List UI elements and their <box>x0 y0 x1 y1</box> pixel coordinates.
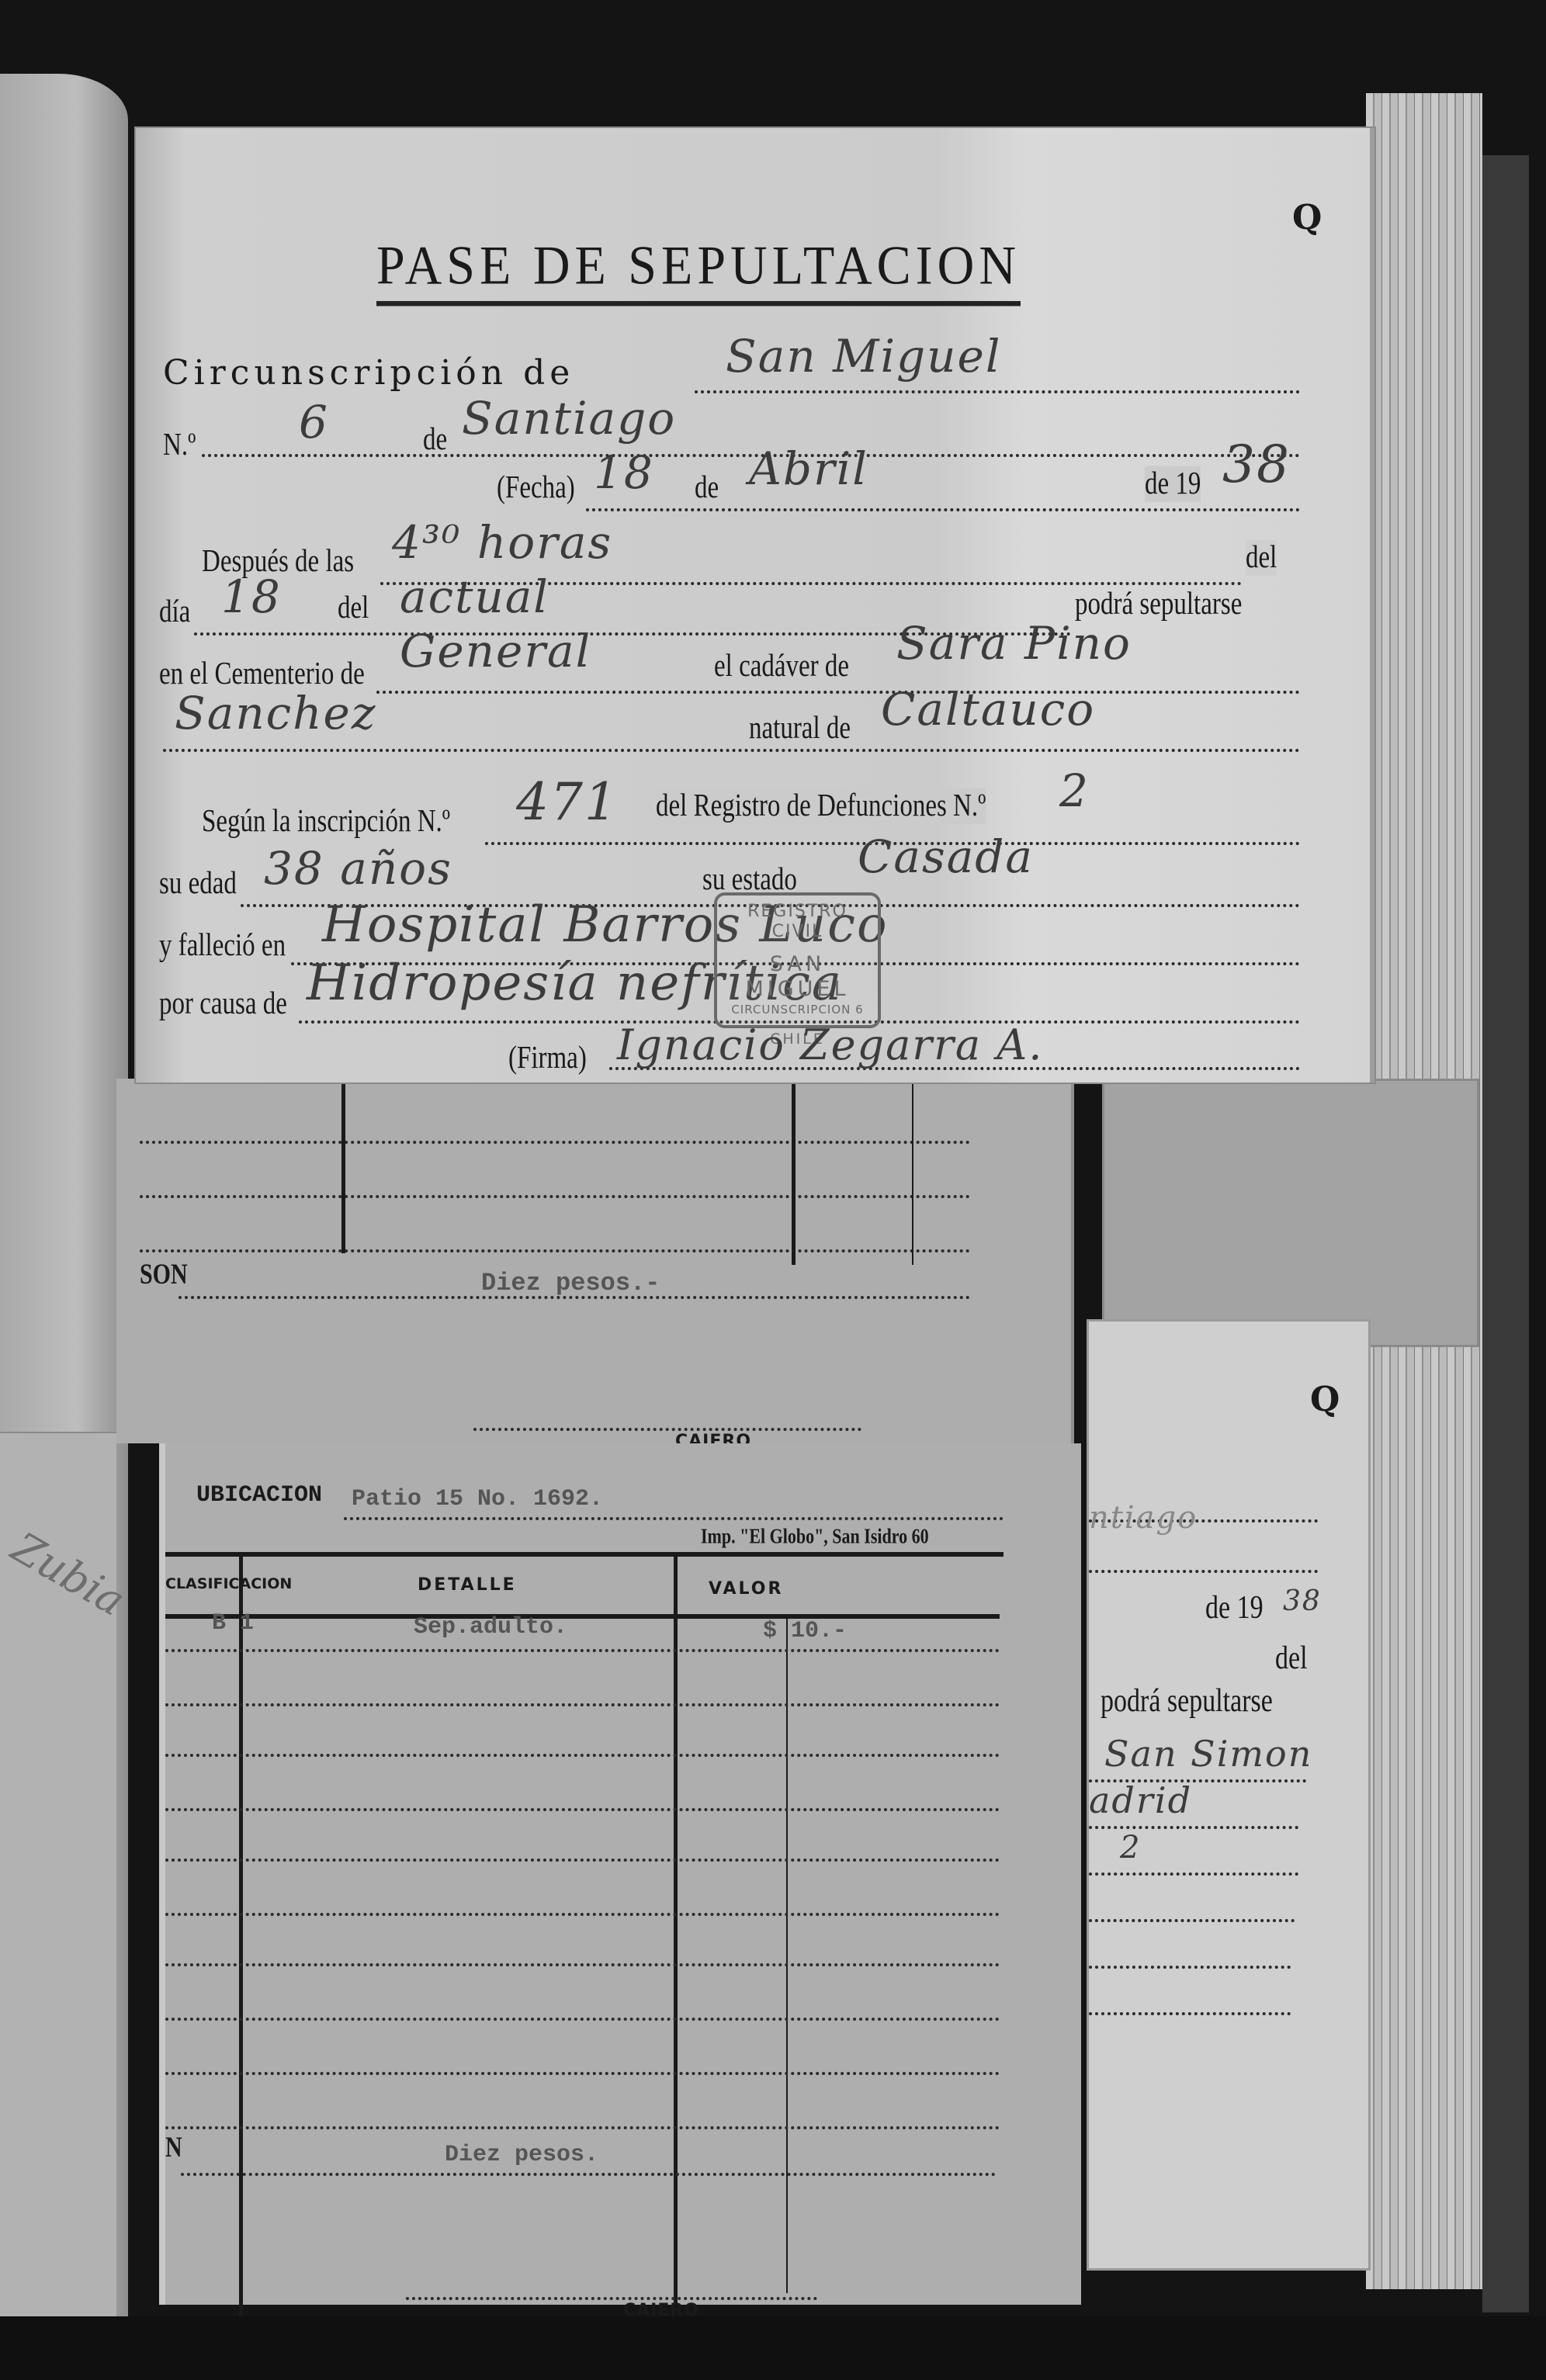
inscripcion-value: 471 <box>516 772 619 832</box>
receipt-upper-col-1 <box>341 1079 345 1253</box>
stamp-line-1: REGISTRO CIVIL <box>722 902 873 943</box>
anio-label: de 19 <box>1145 466 1201 502</box>
back-card <box>1102 1079 1479 1347</box>
col-header-detalle: DETALLE <box>418 1575 517 1595</box>
table-surface <box>0 2316 1546 2380</box>
fecha-dia-value: 18 <box>594 446 654 499</box>
table-row-line-9 <box>165 2072 1000 2075</box>
despues-value: 4³⁰ horas <box>392 516 612 569</box>
table-row-line-1 <box>165 1649 1000 1652</box>
table-row-line-7 <box>165 1963 1000 1966</box>
circunscripcion-line <box>695 390 1300 393</box>
right-line-4 <box>1089 1826 1298 1829</box>
inscripcion-label: Según la inscripción N.º <box>202 804 450 840</box>
despues-del-label: del <box>1246 540 1277 576</box>
right-natural-value: adrid <box>1089 1779 1192 1821</box>
right-line-2 <box>1089 1570 1318 1573</box>
right-santiago-value: ntiago <box>1089 1500 1198 1536</box>
table-row-line-10 <box>165 2126 1000 2129</box>
book-cover-edge <box>1482 155 1529 2312</box>
circunscripcion-value: San Miguel <box>726 330 1001 383</box>
natural-value: Caltauco <box>881 683 1095 736</box>
apellido-value: Sanchez <box>175 687 376 740</box>
receipt-lower-son-value: Diez pesos. <box>445 2142 598 2168</box>
cadaver-value: Sara Pino <box>896 617 1132 670</box>
printer-imprint: Imp. "El Globo", San Isidro 60 <box>701 1524 929 1550</box>
numero-de-label: de <box>423 422 447 458</box>
table-col-1-line <box>239 1552 243 2320</box>
corner-letter: Q <box>1292 198 1322 237</box>
numero-value: 6 <box>299 396 329 449</box>
receipt-upper-cajero-line <box>473 1428 861 1431</box>
stamp-line-2: SAN MIGUEL <box>722 952 873 1003</box>
fecha-line <box>586 508 1300 511</box>
ubicacion-line <box>344 1517 1004 1520</box>
row-1-detalle: Sep.adulto. <box>414 1614 567 1640</box>
receipt-upper: SON Diez pesos.- CAJERO <box>116 1079 1074 1443</box>
receipt-upper-row-2 <box>140 1195 970 1198</box>
causa-label: por causa de <box>159 986 287 1022</box>
table-row-line-6 <box>165 1913 1000 1916</box>
right-line-7 <box>1089 1966 1291 1969</box>
right-del-label: del <box>1275 1640 1308 1678</box>
edad-label: su edad <box>159 866 237 902</box>
table-row-line-2 <box>165 1703 1000 1706</box>
dia-value: 18 <box>221 570 282 623</box>
table-row-line-4 <box>165 1808 1000 1811</box>
numero-label: N.º <box>163 428 196 463</box>
fallecio-label: y falleció en <box>159 928 286 964</box>
right-line-5 <box>1089 1872 1298 1876</box>
receipt-upper-row-3 <box>140 1249 970 1252</box>
receipt-lower-son-line <box>181 2173 996 2176</box>
table-row-line-3 <box>165 1754 1000 1757</box>
right-podra-label: podrá sepultarse <box>1101 1683 1273 1720</box>
edad-value: 38 años <box>264 842 452 895</box>
dia-del-label: del <box>338 591 369 626</box>
row-1-clasificacion: B 1 <box>212 1610 254 1637</box>
circunscripcion-label: Circunscripción de <box>163 353 574 393</box>
table-header-rule <box>165 1614 1000 1619</box>
cadaver-label: el cadáver de <box>714 649 849 684</box>
col-header-clasificacion: CLASIFICACION <box>165 1575 292 1592</box>
stamp-line-3: CIRCUNSCRIPCION 6 <box>722 1003 873 1017</box>
signature: Ignacio Zegarra A. <box>617 1020 1043 1069</box>
estado-value: Casada <box>858 830 1034 883</box>
natural-line <box>163 749 1300 752</box>
del-actual-value: actual <box>400 570 549 623</box>
fecha-de-label: de <box>695 470 719 506</box>
natural-label: natural de <box>749 711 851 747</box>
right-corner-letter: Q <box>1310 1380 1340 1419</box>
page-title: PASE DE SEPULTACION <box>376 234 1021 307</box>
right-burial-card: Q ntiago de 19 38 del podrá sepultarse S… <box>1087 1319 1371 2271</box>
left-lower-page: Zubia <box>0 1432 116 2349</box>
left-page-handwriting: Zubia <box>4 1523 133 1626</box>
right-line-8 <box>1089 2012 1291 2015</box>
right-cementerio-value: San Simon <box>1104 1733 1312 1775</box>
receipt-upper-col-2 <box>792 1079 796 1265</box>
dia-label: día <box>159 594 190 630</box>
table-row-line-8 <box>165 2018 1000 2021</box>
receipt-lower: UBICACION Patio 15 No. 1692. Imp. "El Gl… <box>159 1443 1081 2305</box>
anio-value: 38 <box>1222 435 1291 494</box>
table-col-2-line <box>674 1552 678 2305</box>
firma-label: (Firma) <box>508 1041 587 1076</box>
receipt-upper-col-3 <box>912 1079 913 1265</box>
fecha-mes-value: Abril <box>749 442 868 495</box>
santiago-value: Santiago <box>462 392 676 445</box>
registro-civil-stamp: REGISTRO CIVIL SAN MIGUEL CIRCUNSCRIPCIO… <box>714 892 881 1028</box>
cementerio-value: General <box>400 625 591 677</box>
fecha-label: (Fecha) <box>497 470 575 506</box>
right-line-6 <box>1089 1919 1295 1922</box>
registro-label: del Registro de Defunciones N.º <box>656 788 986 824</box>
registro-value: 2 <box>1059 764 1090 817</box>
right-anio-label: de 19 <box>1205 1590 1263 1627</box>
cementerio-line <box>376 691 1300 694</box>
right-anio-value: 38 <box>1283 1585 1322 1617</box>
right-registro-value: 2 <box>1120 1830 1141 1866</box>
ubicacion-label: UBICACION <box>196 1482 322 1509</box>
table-row-line-5 <box>165 1859 1000 1862</box>
row-1-valor: $ 10.- <box>763 1618 847 1644</box>
receipt-upper-son-value: Diez pesos.- <box>481 1269 660 1297</box>
burial-pass-card: Q PASE DE SEPULTACION Circunscripción de… <box>136 128 1374 1083</box>
table-top-rule <box>165 1552 1004 1557</box>
receipt-upper-son-label: SON <box>140 1259 188 1292</box>
receipt-lower-son-label: N <box>165 2132 182 2165</box>
receipt-lower-cajero-line <box>406 2297 817 2300</box>
table-col-3-line <box>786 1618 788 2293</box>
receipt-upper-row-1 <box>140 1141 970 1144</box>
ubicacion-value: Patio 15 No. 1692. <box>352 1486 603 1512</box>
col-header-valor: VALOR <box>709 1579 783 1599</box>
